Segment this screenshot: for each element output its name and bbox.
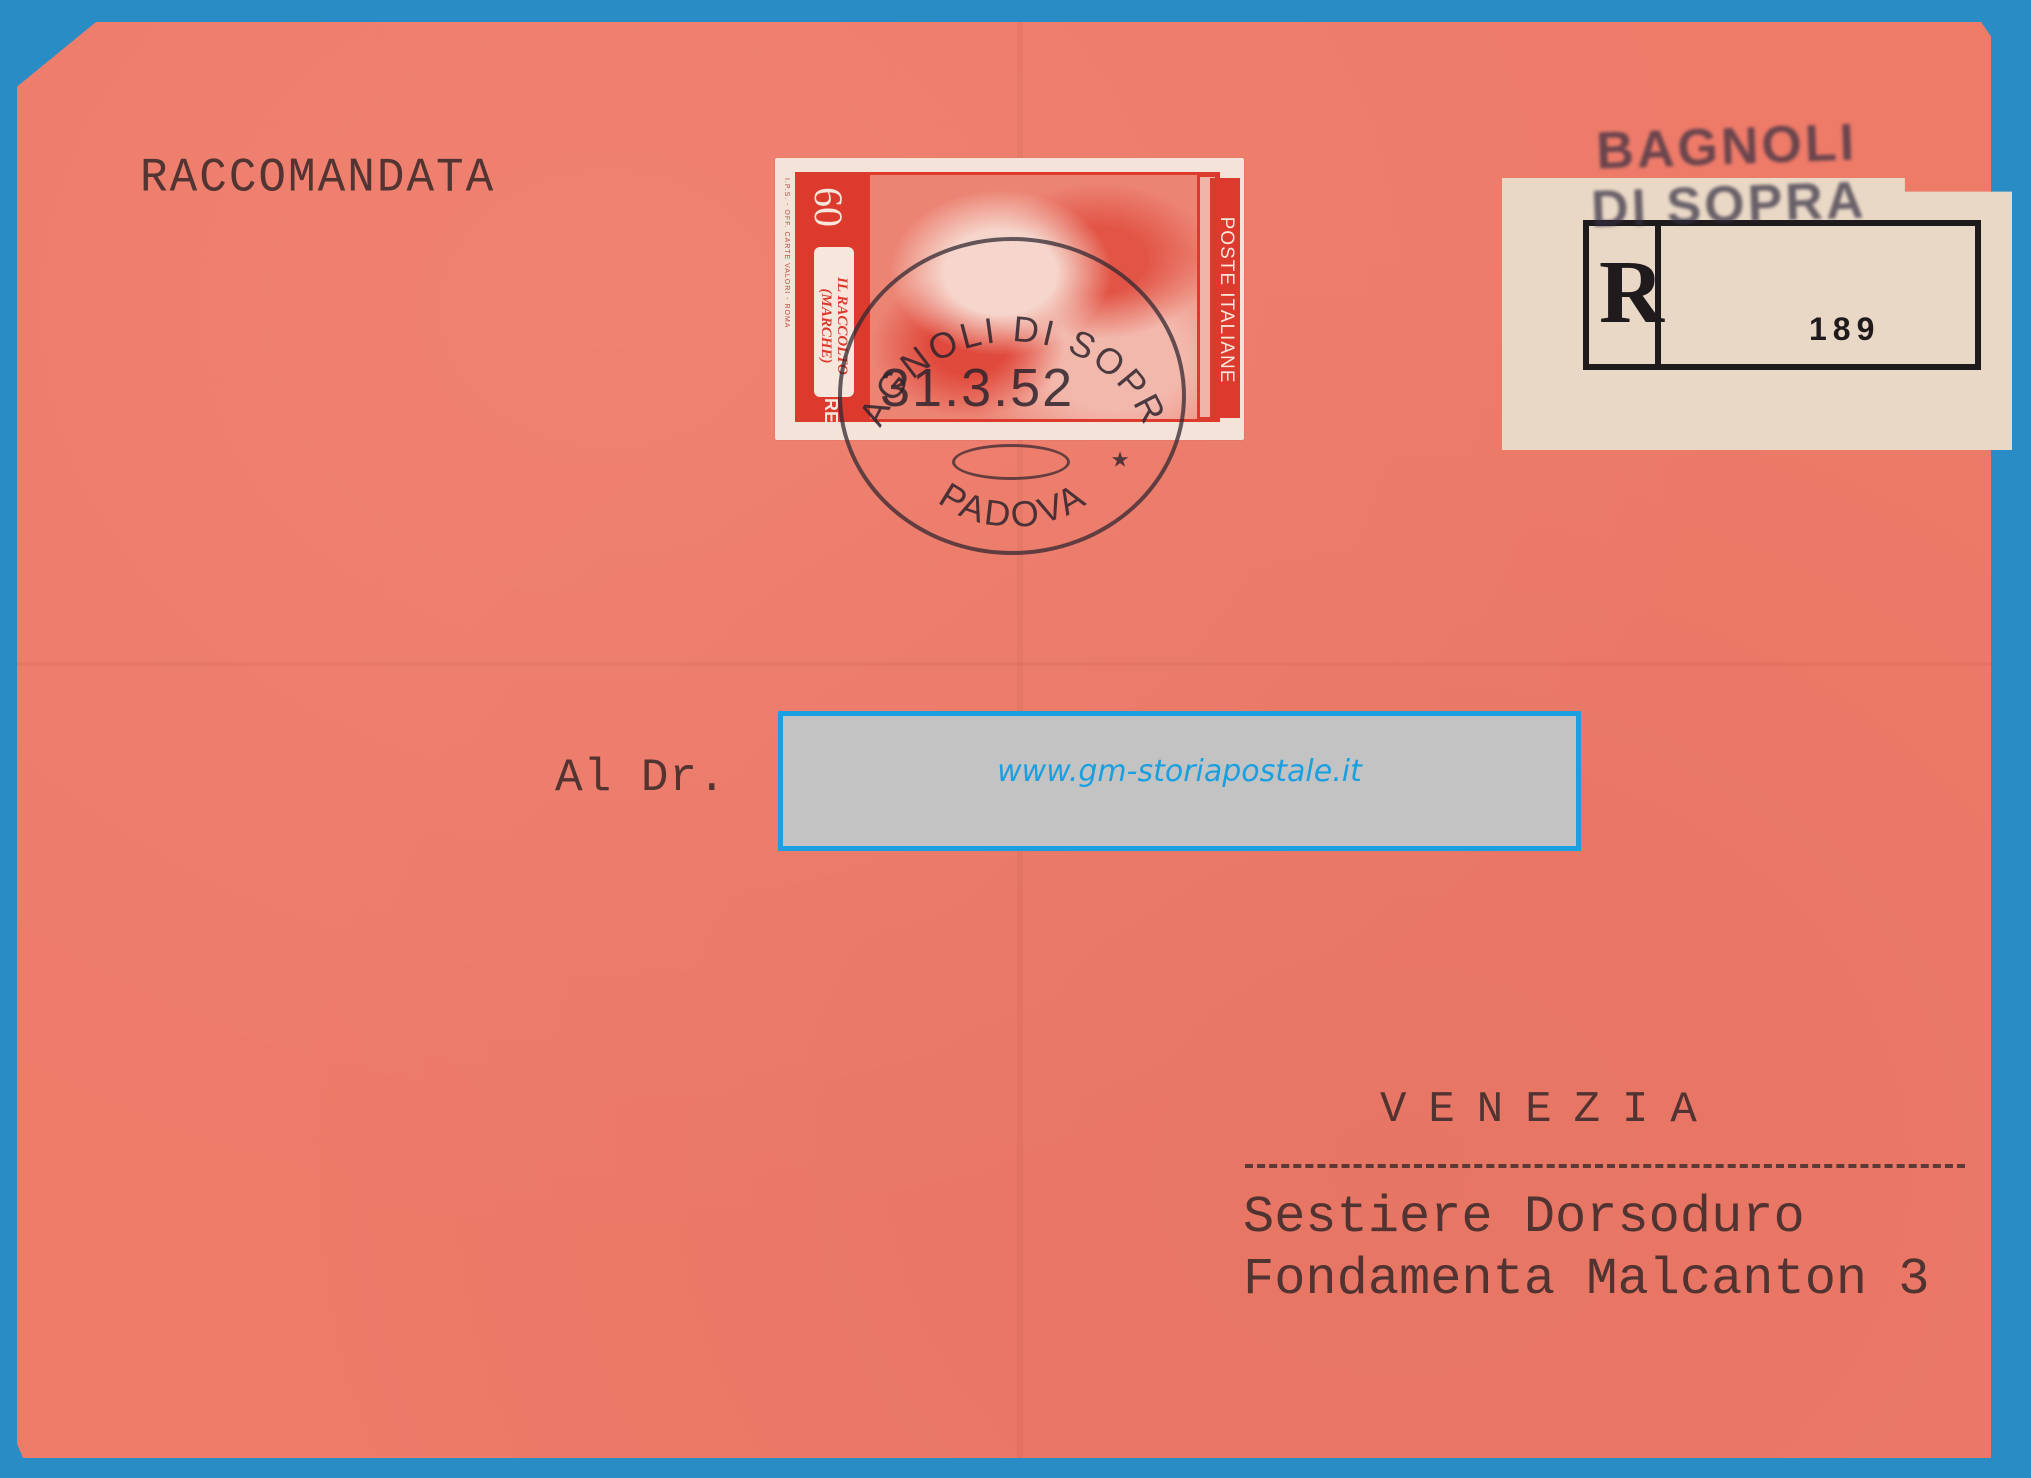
stamp-denomination: 60 — [805, 187, 852, 227]
stamp-region-text: (MARCHE) — [818, 288, 834, 363]
recipient-salutation: Al Dr. — [555, 752, 727, 804]
address-line-1: Sestiere Dorsoduro — [1243, 1188, 1805, 1247]
address-line-2: Fondamenta Malcanton 3 — [1243, 1250, 1930, 1309]
watermark-box: www.gm-storiapostale.it — [778, 711, 1581, 851]
watermark-url[interactable]: www.gm-storiapostale.it — [997, 754, 1362, 789]
stamp-country-band: POSTE ITALIANE — [1210, 178, 1240, 418]
registration-number: 189 — [1809, 311, 1880, 348]
stamp-country: POSTE ITALIANE — [1212, 182, 1240, 418]
postmark-oval — [952, 444, 1070, 480]
cachet-line-1: BAGNOLI — [1588, 113, 1865, 181]
cachet-line-2: DI SOPRA — [1590, 171, 1867, 239]
address-underline — [1245, 1164, 1965, 1168]
paper-crease — [17, 662, 1991, 666]
address-city: VENEZIA — [1380, 1085, 1719, 1135]
registration-box: R 189 — [1583, 220, 1981, 370]
postmark-province: PADOVA — [932, 474, 1093, 535]
origin-cachet: BAGNOLI DI SOPRA — [1588, 113, 1867, 239]
postmark-star-icon: ★ — [1111, 440, 1129, 477]
registration-letter: R — [1599, 248, 1664, 338]
stamp-printer-imprint: I.P.S. - OFF. CARTE VALORI - ROMA — [783, 178, 790, 418]
registered-mail-label: RACCOMANDATA — [140, 151, 495, 206]
registration-letter-cell: R — [1589, 226, 1661, 364]
postmark-date: 31.3.52 — [880, 357, 1074, 419]
